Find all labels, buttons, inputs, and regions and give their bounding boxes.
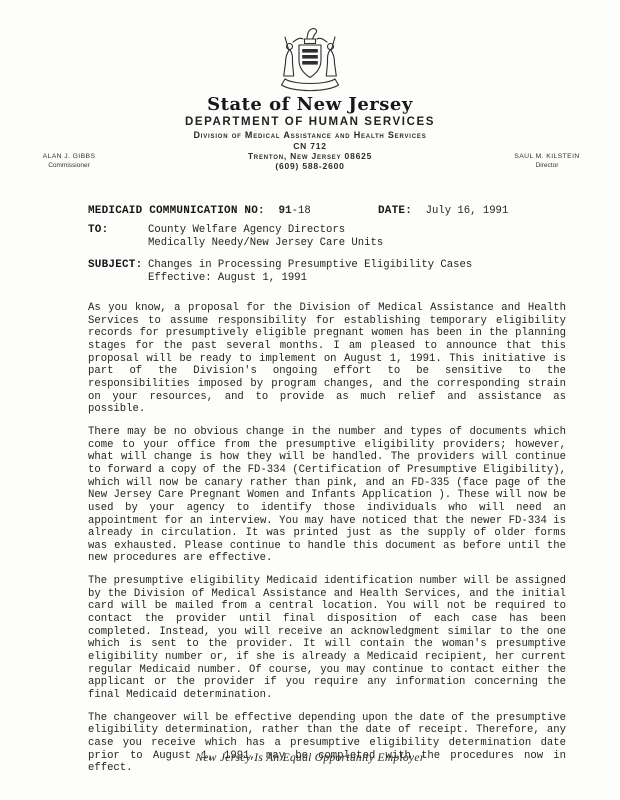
- department-name: DEPARTMENT OF HUMAN SERVICES: [0, 116, 620, 128]
- paragraph-3: The presumptive eligibility Medicaid ide…: [88, 575, 566, 702]
- division-name: Division of Medical Assistance and Healt…: [0, 130, 620, 140]
- po-box-line: CN 712: [0, 141, 620, 151]
- commissioner-block: ALAN J. GIBBS Commissioner: [24, 153, 114, 169]
- communication-number-printed: 91: [278, 205, 291, 217]
- to-value: County Welfare Agency Directors Medicall…: [148, 224, 383, 249]
- paragraph-1: As you know, a proposal for the Division…: [88, 302, 566, 416]
- subject-row: SUBJECT: Changes in Processing Presumpti…: [88, 259, 472, 284]
- paragraph-4: The changeover will be effective dependi…: [88, 712, 566, 775]
- scanned-letter-page: State of New Jersey DEPARTMENT OF HUMAN …: [0, 0, 620, 800]
- commissioner-name: ALAN J. GIBBS: [24, 153, 114, 160]
- to-row: TO: County Welfare Agency Directors Medi…: [88, 224, 383, 249]
- nj-coat-of-arms-icon: [0, 26, 620, 100]
- state-name: State of New Jersey: [0, 94, 620, 115]
- paragraph-2: There may be no obvious change in the nu…: [88, 426, 566, 565]
- communication-number-line: MEDICAID COMMUNICATION NO: 91-18: [88, 200, 311, 218]
- date-value: July 16, 1991: [426, 205, 509, 217]
- letter-body: As you know, a proposal for the Division…: [88, 302, 566, 785]
- subject-label: SUBJECT:: [88, 259, 142, 271]
- director-block: SAUL M. KILSTEIN Director: [502, 153, 592, 169]
- director-title: Director: [502, 162, 592, 169]
- director-name: SAUL M. KILSTEIN: [502, 153, 592, 160]
- commissioner-title: Commissioner: [24, 162, 114, 169]
- date-line: DATE: July 16, 1991: [378, 200, 508, 218]
- communication-number-label: MEDICAID COMMUNICATION NO:: [88, 205, 265, 217]
- to-label: TO:: [88, 224, 108, 236]
- communication-number-typed: -18: [292, 205, 311, 217]
- equal-opportunity-footer: New Jersey Is An Equal Opportunity Emplo…: [0, 752, 620, 764]
- date-label: DATE:: [378, 205, 412, 217]
- subject-value: Changes in Processing Presumptive Eligib…: [148, 259, 472, 284]
